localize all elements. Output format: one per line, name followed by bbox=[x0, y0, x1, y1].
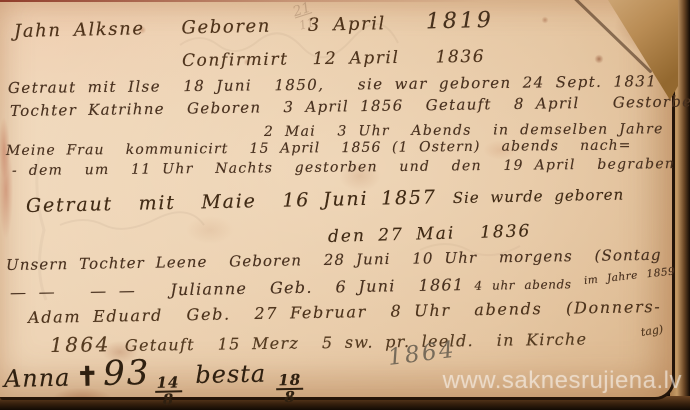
handwritten-line-wife-birthdate: den 27 Mai 1836 bbox=[328, 221, 532, 247]
anna-name: Anna bbox=[4, 364, 71, 393]
fraction-denominator: 8 bbox=[284, 390, 296, 405]
handwritten-line-son-adam-eduard: Adam Eduard Geb. 27 Februar 8 Uhr abends… bbox=[28, 297, 662, 327]
marriage-entry-note: Sie wurde geboren bbox=[453, 185, 625, 207]
superscript-year-note: im Jahre 1859 bbox=[583, 265, 675, 287]
handwritten-line-baptism: 1864Getauft 15 Merz 5 sw. pr. leeld. in … bbox=[50, 325, 588, 357]
anna-number: 93 bbox=[103, 353, 151, 394]
anna-fraction-1: 148 bbox=[154, 375, 182, 408]
handwritten-line-first-marriage: Getraut mit Ilse 18 Juni 1850, sie war g… bbox=[8, 72, 657, 97]
marriage-entry-text: Getraut mit Maie 16 Juni 1857 bbox=[26, 186, 437, 217]
anna-word: besta bbox=[195, 360, 266, 389]
scanned-register-page: 21 11 Jahn Alksne Geboren 3 April1819 Co… bbox=[0, 0, 690, 410]
julianne-entry-text: — — — — Julianne Geb. 6 Juni 1861 bbox=[10, 275, 465, 302]
anna-fraction-2: 188 bbox=[276, 373, 304, 406]
handwritten-line-daughter-leene: Unsern Tochter Leene Geboren 28 Juni 10 … bbox=[6, 246, 662, 274]
website-watermark: www.saknesrujiena.lv bbox=[443, 367, 682, 395]
death-cross-symbol: ✝ bbox=[76, 362, 99, 392]
handwritten-line-wife-communion: Meine Frau kommunicirt 15 April 1856 (1 … bbox=[6, 138, 632, 159]
paper-page: 21 11 Jahn Alksne Geboren 3 April1819 Co… bbox=[0, 0, 675, 400]
handwritten-line-anna: Anna✝93148besta188 bbox=[3, 350, 303, 410]
handwritten-line-daughter-julianne: — — — — Julianne Geb. 6 Juni 18614 uhr a… bbox=[10, 273, 572, 302]
fraction-denominator: 8 bbox=[163, 392, 175, 407]
birth-year: 1819 bbox=[426, 8, 495, 34]
superscript-day-note: tag) bbox=[640, 323, 664, 339]
handwritten-line-confirmation: Confirmirt 12 April 1836 bbox=[182, 47, 485, 71]
handwritten-line-wife-burial: - dem um 11 Uhr Nachts gestorben und den… bbox=[12, 156, 675, 179]
handwritten-line-birth: Jahn Alksne Geboren 3 April1819 bbox=[14, 8, 494, 43]
birth-entry-text: Jahn Alksne Geboren 3 April bbox=[14, 13, 386, 42]
handwritten-line-second-marriage: Getraut mit Maie 16 Juni 1857Sie wurde g… bbox=[26, 182, 625, 217]
julianne-time-note: 4 uhr abends bbox=[474, 277, 571, 293]
handwritten-line-daughter-katrihne: Tochter Katrihne Geboren 3 April 1856 Ge… bbox=[10, 92, 690, 120]
page-top-edge-shadow bbox=[0, 0, 483, 2]
